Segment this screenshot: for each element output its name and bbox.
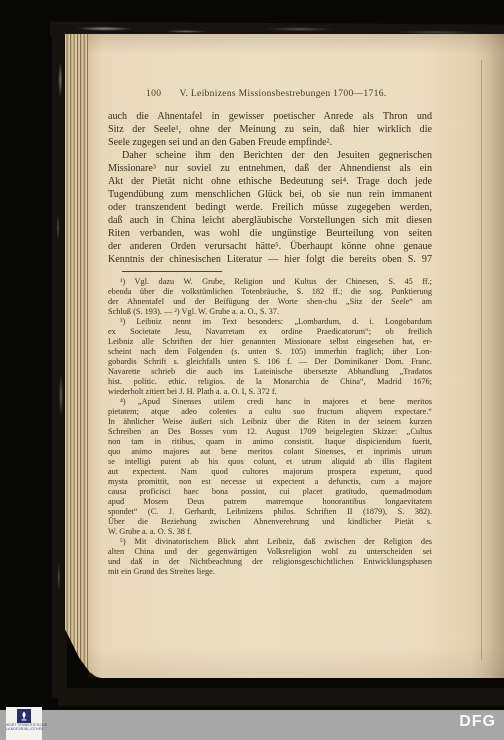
text-line: ⁵) Mit divinatorischem Blick ahnt Leibni… [108,537,432,547]
text-line: Über die Beziehung zwischen Ahnenverehru… [108,517,432,527]
text-line: pietatem; atque adeo colentes a cultu su… [108,407,432,417]
paragraph: auch die Ahnentafel in gewisser poetisch… [108,110,432,149]
text-line: W. Grube a. a. O. S. 38 f. [108,527,432,537]
text-line: se intelligi putent ab his quos colunt, … [108,457,432,467]
running-head: 100 V. Leibnizens Missionsbestrebungen 1… [108,88,432,102]
text-line: oder transzendent bedingt werde. Freilic… [108,201,432,214]
text-line: apud Mosem Deus patrem matremque honoran… [108,497,432,507]
text-line: quo animo majores aut bene meritos colan… [108,447,432,457]
text-line: wiederholt zitiert bei J. H. Plath a. a.… [108,387,432,397]
book-bottom-board [58,688,504,706]
paragraph: Daher scheine ihm den Berichten der den … [108,149,432,266]
book-page: 100 V. Leibnizens Missionsbestrebungen 1… [88,34,504,678]
digitization-watermark-bar: DFG [0,710,504,740]
text-line: spondet“ (C. J. Gerhardt, Leibnizens phi… [108,507,432,517]
text-line: ebenda über die volkstümlichen Totenbräu… [108,287,432,297]
book-cover-left-edge [52,26,67,698]
text-line: Daher scheine ihm den Berichten der den … [108,149,432,162]
library-stamp: WÜRTTEMBERGISCHE LANDESBIBLIOTHEK [6,707,42,740]
text-line: aut expectent. Nam quod cultores majorum… [108,467,432,477]
text-line: Leibniz alle Schriften der hier genannte… [108,337,432,347]
text-line: non tam in ritibus, quam in animo consis… [108,437,432,447]
text-line: Riten verbanden, was wohl die ungünstige… [108,227,432,240]
text-line: Schluß (S. 193). — ²) Vgl. W. Grube a. a… [108,307,432,317]
text-line: Sitz der Seele¹, ohne der Meinung zu sei… [108,123,432,136]
text-line: Akt der Pietät nicht ohne ethische Bedeu… [108,175,432,188]
dfg-logo: DFG [459,713,496,731]
text-line: ex Societate Jesu, Navarretam ex ordine … [108,327,432,337]
text-line: ¹) Vgl. dazu W. Grube, Religion und Kult… [108,277,432,287]
text-line: Kenntnis der chinesischen Literatur — hi… [108,253,432,266]
text-line: Missionare³ nur soviel zu entnehmen, daß… [108,162,432,175]
text-line: ⁴) „Apud Sinenses utilem credi hanc in m… [108,397,432,407]
body-text: auch die Ahnentafel in gewisser poetisch… [108,110,432,266]
text-line: Navarette schrieb die auch ins Lateinisc… [108,367,432,377]
stamp-caption-line2: LANDESBIBLIOTHEK [6,728,42,732]
text-line: daß auch in China leicht abergläubische … [108,214,432,227]
text-line: alten China und der gegenwärtigen Volksr… [108,547,432,557]
text-line: Schreiben an Des Bosses vom 12. August 1… [108,427,432,437]
footnote-separator-rule [122,271,222,272]
text-line: Tugendübung zum menschlichen Glück bei, … [108,188,432,201]
text-line: causa proficisci haec bona possint, cui … [108,487,432,497]
text-line: hist. politic. ethic. religios. de la Mo… [108,377,432,387]
page-crease [481,60,482,660]
text-line: auch die Ahnentafel in gewisser poetisch… [108,110,432,123]
text-line: gobardis Schrift s. gleichfalls unten S.… [108,357,432,367]
text-line: der anderen Orden verursacht hätte⁵. Übe… [108,240,432,253]
text-line: ³) Leibniz nennt im Text besonders: „Lom… [108,317,432,327]
text-line: mit ein Grund des Streites liege. [108,567,432,577]
text-line: und daß in der Nichtbeachtung der religi… [108,557,432,567]
library-emblem-icon [17,709,31,723]
text-line: In ähnlicher Weise äußert sich Leibniz ü… [108,417,432,427]
text-line: mysta promittit, non est necesse ut expe… [108,477,432,487]
footnotes: ¹) Vgl. dazu W. Grube, Religion und Kult… [108,277,432,577]
page-number: 100 [146,88,161,99]
text-line: Seele zugegen sei und an den Gaben Freud… [108,136,432,149]
text-line: scheint nach dem Folgenden (s. unten S. … [108,347,432,357]
text-line: der Ahnentafel und der Beifügung der Wor… [108,297,432,307]
